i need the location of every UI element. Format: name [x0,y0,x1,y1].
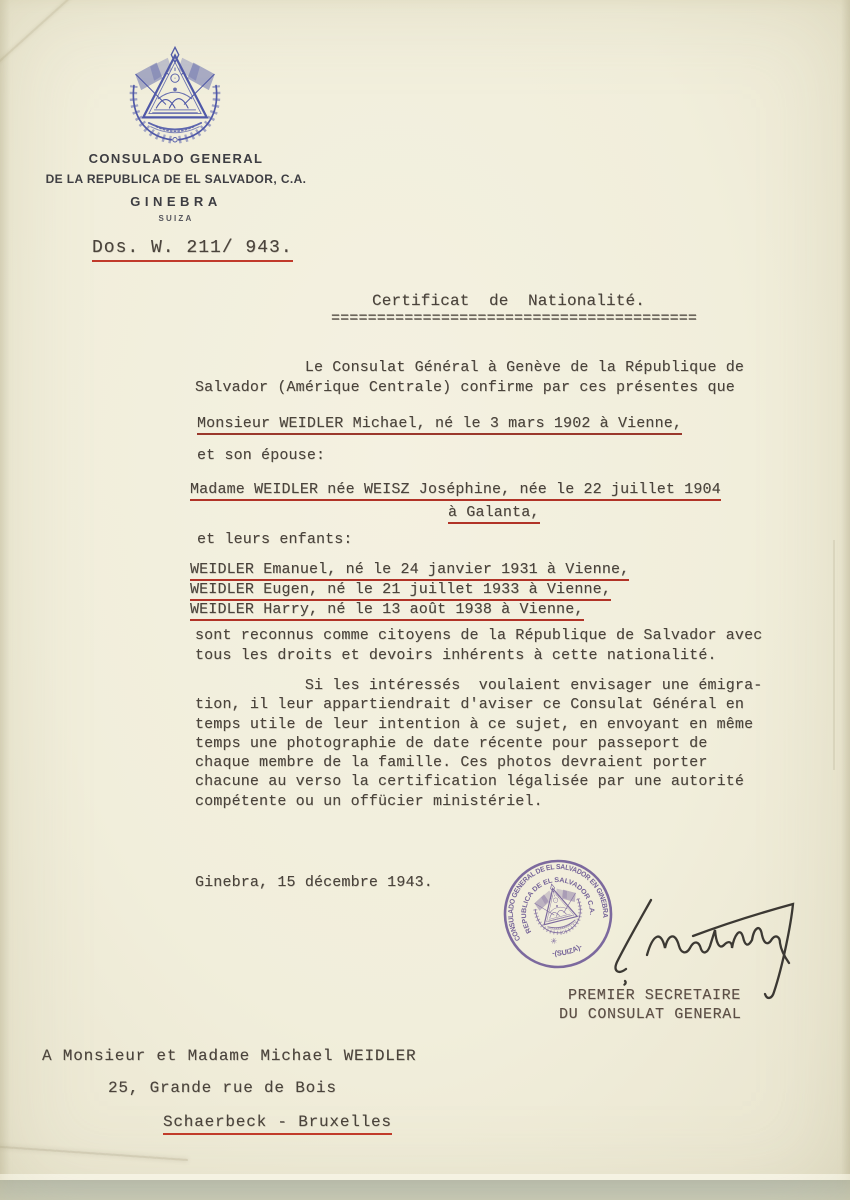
madame-place-text: à Galanta, [448,504,540,524]
line-madame: Madame WEIDLER née WEISZ Joséphine, née … [190,480,721,500]
line-children-intro: et leurs enfants: [197,530,353,550]
letterhead-country: SUIZA [0,214,352,223]
scanner-background-band [0,1180,850,1200]
monsieur-text: Monsieur WEIDLER Michael, né le 3 mars 1… [197,415,682,435]
el-salvador-emblem-icon [119,42,231,146]
scan-crease-bottom-left [0,1145,188,1161]
letterhead-line1: CONSULADO GENERAL [0,151,352,166]
line-child-1: WEIDLER Emanuel, né le 24 janvier 1931 à… [190,560,629,580]
certificate-page: CONSULADO GENERAL DE LA REPUBLICA DE EL … [0,0,850,1200]
paragraph-migration: Si les intéressés voulaient envisager un… [195,676,762,811]
scan-crease-right [833,540,835,770]
letterhead-line2: DE LA REPUBLICA DE EL SALVADOR, C.A. [0,172,352,186]
recipient-line3: Schaerbeck - Bruxelles [163,1112,392,1132]
scan-crease-top-left [0,0,95,71]
letterhead-city: GINEBRA [0,194,352,209]
dateline: Ginebra, 15 décembre 1943. [195,873,433,893]
paragraph-recognition: sont reconnus comme citoyens de la Répub… [195,626,762,666]
child-1-text: WEIDLER Emanuel, né le 24 janvier 1931 à… [190,561,629,581]
madame-text: Madame WEIDLER née WEISZ Joséphine, née … [190,481,721,501]
line-child-3: WEIDLER Harry, né le 13 août 1938 à Vien… [190,600,584,620]
line-madame-place: à Galanta, [448,503,540,523]
recipient-line1: A Monsieur et Madame Michael WEIDLER [42,1046,416,1066]
title-underline-rule: ======================================== [331,309,697,329]
stamp-asterisk-icon: ✳ [549,936,558,946]
dossier-number: Dos. W. 211/ 943. [92,238,293,258]
paper-edge-right [841,0,850,1200]
child-3-text: WEIDLER Harry, né le 13 août 1938 à Vien… [190,601,584,621]
dossier-number-text: Dos. W. 211/ 943. [92,238,293,262]
recipient-city-text: Schaerbeck - Bruxelles [163,1113,392,1135]
line-child-2: WEIDLER Eugen, né le 21 juillet 1933 à V… [190,580,611,600]
paper-edge-left [0,0,10,1200]
recipient-line2: 25, Grande rue de Bois [108,1078,337,1098]
child-2-text: WEIDLER Eugen, né le 21 juillet 1933 à V… [190,581,611,601]
paragraph-intro: Le Consulat Général à Genève de la Répub… [195,358,744,398]
line-monsieur: Monsieur WEIDLER Michael, né le 3 mars 1… [197,414,682,434]
document-title: Certificat de Nationalité. [372,291,645,311]
line-spouse-intro: et son épouse: [197,446,325,466]
signature-mantello [585,880,825,1020]
